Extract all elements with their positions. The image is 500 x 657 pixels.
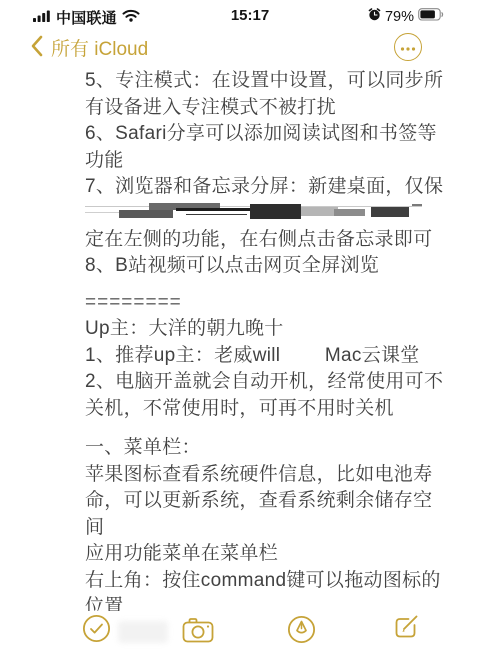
nav-bar: 所有 iCloud [0,30,500,66]
compression-artifact [118,621,168,643]
redacted-content [85,203,422,224]
ellipsis-icon [400,40,416,55]
markup-button[interactable] [284,614,318,648]
camera-button[interactable] [181,614,215,648]
note-line: 苹果图标查看系统硬件信息，比如电池寿 [85,462,425,489]
status-bar-right: 79% [368,8,444,26]
battery-icon [418,8,444,26]
back-button[interactable]: 所有 iCloud [30,34,148,61]
note-line: Up主：大洋的朝九晚十 [85,316,425,343]
note-editor[interactable]: 5、专注模式：在设置中设置，可以同步所 有设备进入专注模式不被打扰 6、Safa… [85,68,425,621]
compose-icon [391,612,421,645]
note-line: 右上角：按住command键可以拖动图标的 [85,568,425,595]
note-line: 6、Safari分享可以添加阅读试图和书签等 [85,121,425,148]
notes-app-screen: 中国联通 15:17 79% [0,0,500,657]
chevron-left-icon [30,35,43,60]
note-line: 功能 [85,148,425,175]
note-line: 7、浏览器和备忘录分屏：新建桌面，仅保 [85,174,425,201]
note-line: 关机，不常使用时，可再不用时关机 [85,396,425,423]
more-options-button[interactable] [394,33,422,61]
compose-button[interactable] [389,611,423,645]
camera-icon [182,617,214,646]
note-line: 5、专注模式：在设置中设置，可以同步所 [85,68,425,95]
note-section-heading: 一、菜单栏： [85,435,425,462]
note-line: 应用功能菜单在菜单栏 [85,541,425,568]
note-divider-line: ======== [85,290,425,317]
note-line: 有设备进入专注模式不被打扰 [85,95,425,122]
alarm-icon [368,8,381,26]
battery-percent-label: 79% [385,9,414,25]
checklist-icon [82,614,111,646]
note-line: 定在左侧的功能，在右侧点击备忘录即可 [85,227,425,254]
status-bar: 中国联通 15:17 79% [0,5,500,27]
note-line: 命，可以更新系统，查看系统剩余储存空 [85,488,425,515]
bottom-toolbar [0,611,500,657]
back-button-label: 所有 iCloud [51,34,148,61]
note-line: 2、电脑开盖就会自动开机，经常使用可不 [85,369,425,396]
note-line: 间 [85,515,425,542]
note-line: 1、推荐up主：老威will Mac云课堂 [85,343,425,370]
markup-icon [287,615,316,647]
note-line: 8、B站视频可以点击网页全屏浏览 [85,253,425,280]
checklist-button[interactable] [79,613,113,647]
